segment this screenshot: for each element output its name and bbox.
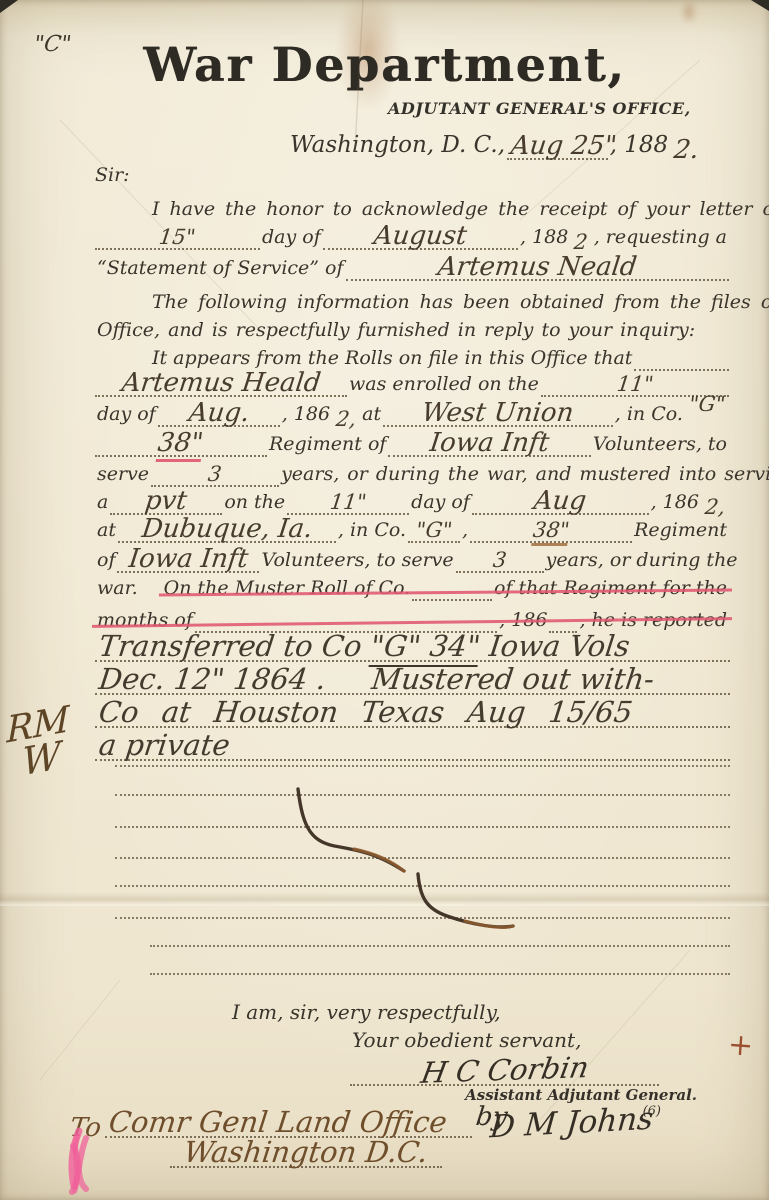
signature-line: H C Corbin bbox=[350, 1046, 659, 1086]
company2-handwritten: "G" bbox=[411, 520, 458, 541]
struck-clause-line-1: war. On the Muster Roll of Co. of that R… bbox=[95, 567, 729, 601]
pen-squiggle-2 bbox=[418, 874, 513, 927]
paper-scratch bbox=[40, 980, 120, 1080]
remarks-4-handwritten: a private bbox=[93, 731, 235, 760]
record-place2-line: at Dubuque, Ia. , in Co. "G" , 38" Regim… bbox=[95, 509, 729, 543]
remarks-line-4: a private bbox=[95, 723, 730, 761]
margin-initials-line2: W bbox=[22, 737, 69, 780]
pink-crayon-mark bbox=[75, 1136, 77, 1191]
footer-place-fill: Washington D.C. bbox=[170, 1138, 442, 1168]
dateline-date-handwritten: Aug 25" bbox=[505, 133, 622, 159]
document-title: War Department, bbox=[0, 38, 769, 93]
blank-rule-line bbox=[115, 765, 730, 767]
document-page: "C" War Department, ADJUTANT GENERAL'S O… bbox=[0, 0, 769, 1200]
ack-line-3: “Statement of Service” of Artemus Neald bbox=[95, 247, 729, 281]
record-enroll-line: day of Aug. , 186 2, at West Union , in … bbox=[95, 393, 729, 427]
pen-squiggle-2-tail bbox=[465, 921, 513, 927]
fold-crease bbox=[0, 892, 769, 906]
office-subtitle: ADJUTANT GENERAL'S OFFICE, bbox=[388, 99, 691, 118]
letter-month-fill: August bbox=[323, 223, 518, 250]
to-label-handwritten: To bbox=[64, 1115, 106, 1141]
plus-mark: + bbox=[727, 1027, 755, 1064]
blank-rule-line bbox=[150, 945, 730, 947]
closing-respectfully: I am, sir, very respectfully, bbox=[232, 1000, 501, 1024]
footer-place-handwritten: Washington D.C. bbox=[178, 1138, 433, 1167]
signature-fill: H C Corbin bbox=[350, 1056, 659, 1086]
photo-corner-top-left bbox=[0, 0, 18, 13]
record-regiment-line: 38" Regiment of Iowa Inft Volunteers, to bbox=[95, 423, 729, 457]
company-handwritten: "G" bbox=[684, 394, 731, 415]
regiment-no2-handwritten: 38" bbox=[528, 520, 575, 541]
pink-crayon-mark bbox=[72, 1138, 86, 1192]
struck-1b: of that Regiment for the bbox=[492, 577, 729, 601]
war-label: war. bbox=[95, 577, 140, 601]
struck-text-1: On the Muster Roll of Co. of that Regime… bbox=[162, 577, 729, 601]
countersignature-handwritten: D M Johns bbox=[489, 1101, 655, 1146]
soldier-name-fill: Artemus Neald bbox=[346, 254, 729, 281]
dateline: Washington, D. C., Aug 25" , 188 2. bbox=[288, 126, 703, 160]
dateline-year-handwritten: 2. bbox=[669, 137, 705, 163]
footer-place-line: Washington D.C. bbox=[170, 1128, 442, 1168]
blank-rule-line bbox=[115, 826, 730, 828]
dateline-place: Washington, D. C., bbox=[288, 132, 507, 160]
record-name-line: Artemus Heald was enrolled on the 11" bbox=[95, 363, 729, 397]
small-stain bbox=[680, 0, 698, 24]
ack-line-2: 15" day of August , 188 2 , requesting a bbox=[95, 216, 729, 250]
aag-signature-handwritten: H C Corbin bbox=[414, 1053, 594, 1088]
soldier-name-handwritten: Artemus Neald bbox=[432, 254, 642, 280]
enroll-day-handwritten: 11" bbox=[611, 374, 658, 395]
letter-day-handwritten: 15" bbox=[154, 227, 201, 248]
blank-rule-line bbox=[150, 973, 730, 975]
blank-rule-line bbox=[115, 917, 730, 919]
blank-rule-line bbox=[115, 857, 730, 859]
pink-crayon-mark bbox=[73, 1146, 86, 1189]
blank-rule-line bbox=[115, 885, 730, 887]
remarks-4-fill: a private bbox=[95, 731, 730, 761]
pen-squiggle-1-tail bbox=[354, 849, 404, 871]
margin-initials: RM W bbox=[6, 704, 69, 783]
statement-label: “Statement of Service” of bbox=[95, 257, 346, 281]
salutation: Sir: bbox=[95, 164, 130, 186]
blank-rule-line bbox=[115, 794, 730, 796]
dateline-fill: Aug 25" bbox=[507, 133, 608, 160]
struck-1a: On the Muster Roll of Co. bbox=[162, 577, 413, 601]
photo-corner-top-right bbox=[751, 0, 769, 11]
letter-month-handwritten: August bbox=[368, 223, 472, 249]
